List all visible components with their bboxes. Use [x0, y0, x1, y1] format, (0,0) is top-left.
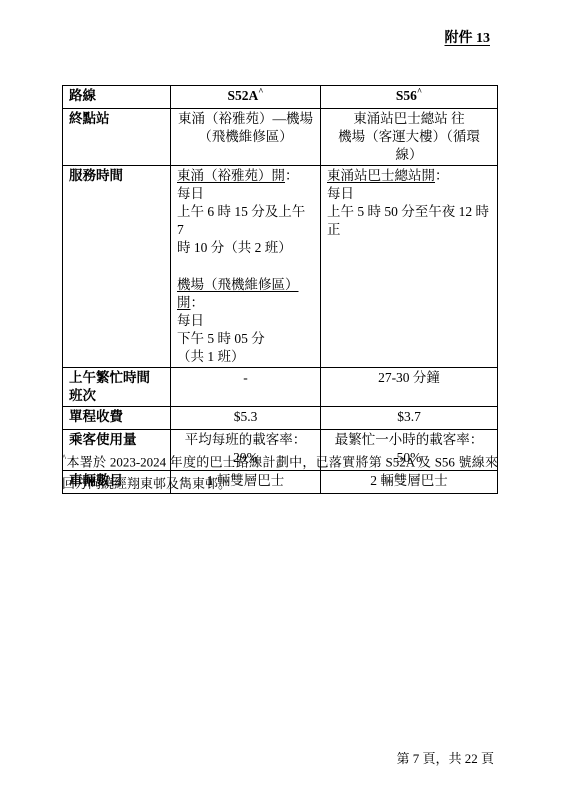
cell-peak-s56: 27-30 分鐘 [321, 368, 498, 407]
service-s56-heading-text: 東涌站巴士總站開 [327, 168, 435, 183]
terminus-s56-line3: 線） [327, 146, 491, 164]
superscript-caret-s52a: ^ [258, 87, 263, 97]
table-row-fare: 單程收費 $5.3 $3.7 [63, 407, 498, 430]
document-page: 附件 13 路線 S52A^ S56^ 終點站 東涌（裕雅苑）—機場 （飛機維修… [0, 0, 566, 800]
route-s52a-text: S52A [228, 88, 259, 103]
cell-peak-label: 上午繁忙時間 班次 [63, 368, 171, 407]
cell-terminus-s52a: 東涌（裕雅苑）—機場 （飛機維修區） [171, 109, 321, 166]
cell-peak-s52a: - [171, 368, 321, 407]
cell-fare-label: 單程收費 [63, 407, 171, 430]
superscript-caret-s56: ^ [417, 87, 422, 97]
cell-terminus-s56: 東涌站巴士總站 往 機場（客運大樓）（循環 線） [321, 109, 498, 166]
cell-service-s52a: 東涌（裕雅苑）開： 每日 上午 6 時 15 分及上午 7 時 10 分（共 2… [171, 166, 321, 368]
service-s52a-block1-line3: 時 10 分（共 2 班） [177, 239, 314, 257]
service-s52a-block2-line2: 下午 5 時 05 分 [177, 330, 314, 348]
cell-route-s52a: S52A^ [171, 86, 321, 109]
service-s56-line3: 正 [327, 221, 491, 239]
service-s52a-spacer [177, 257, 314, 276]
service-s56-heading-colon: ： [435, 168, 449, 183]
service-s56-heading: 東涌站巴士總站開： [327, 167, 491, 185]
peak-label-line1: 上午繁忙時間 [69, 369, 164, 387]
table-row-header: 路線 S52A^ S56^ [63, 86, 498, 109]
cell-fare-s52a: $5.3 [171, 407, 321, 430]
footnote: ^本署於 2023-2024 年度的巴士路線計劃中，已落實將第 S52A 及 S… [62, 447, 498, 495]
terminus-s56-line1: 東涌站巴士總站 往 [327, 110, 491, 128]
annex-text: 附件 13 [445, 31, 491, 46]
cell-service-label: 服務時間 [63, 166, 171, 368]
cell-service-s56: 東涌站巴士總站開： 每日 上午 5 時 50 分至午夜 12 時 正 [321, 166, 498, 368]
table-row-service-hours: 服務時間 東涌（裕雅苑）開： 每日 上午 6 時 15 分及上午 7 時 10 … [63, 166, 498, 368]
service-s52a-heading2-text1: 機場（飛機維修區） [177, 277, 299, 292]
footnote-text: 本署於 2023-2024 年度的巴士路線計劃中，已落實將第 S52A 及 S5… [62, 454, 498, 491]
table-row-peak-headway: 上午繁忙時間 班次 - 27-30 分鐘 [63, 368, 498, 407]
service-s52a-heading1-colon: ： [285, 168, 299, 183]
cell-route-label: 路線 [63, 86, 171, 109]
table-row-terminus: 終點站 東涌（裕雅苑）—機場 （飛機維修區） 東涌站巴士總站 往 機場（客運大樓… [63, 109, 498, 166]
service-s52a-heading2-colon: ： [191, 295, 205, 310]
peak-label-line2: 班次 [69, 387, 164, 405]
annex-label: 附件 13 [445, 27, 491, 47]
service-s52a-heading1-text: 東涌（裕雅苑）開 [177, 168, 285, 183]
cell-fare-s56: $3.7 [321, 407, 498, 430]
terminus-s52a-line1: 東涌（裕雅苑）—機場 [177, 110, 314, 128]
service-s52a-block1-line1: 每日 [177, 185, 314, 203]
service-s52a-block2-heading-line1: 機場（飛機維修區） [177, 276, 314, 294]
terminus-s56-line2: 機場（客運大樓）（循環 [327, 128, 491, 146]
service-s56-line1: 每日 [327, 185, 491, 203]
service-s52a-block2-heading-line2: 開： [177, 294, 314, 312]
service-s52a-block2-line1: 每日 [177, 312, 314, 330]
cell-terminus-label: 終點站 [63, 109, 171, 166]
bus-route-table: 路線 S52A^ S56^ 終點站 東涌（裕雅苑）—機場 （飛機維修區） 東涌站… [62, 85, 498, 494]
page-number: 第 7 頁，共 22 頁 [396, 748, 494, 767]
service-s52a-block1-line2: 上午 6 時 15 分及上午 7 [177, 203, 314, 239]
route-s56-text: S56 [396, 88, 417, 103]
cell-route-s56: S56^ [321, 86, 498, 109]
service-s52a-heading2-text2: 開 [177, 295, 191, 310]
service-s52a-block2-line3: （共 1 班） [177, 348, 314, 366]
terminus-s52a-line2: （飛機維修區） [177, 128, 314, 146]
service-s56-line2: 上午 5 時 50 分至午夜 12 時 [327, 203, 491, 221]
service-s52a-block1-heading: 東涌（裕雅苑）開： [177, 167, 314, 185]
